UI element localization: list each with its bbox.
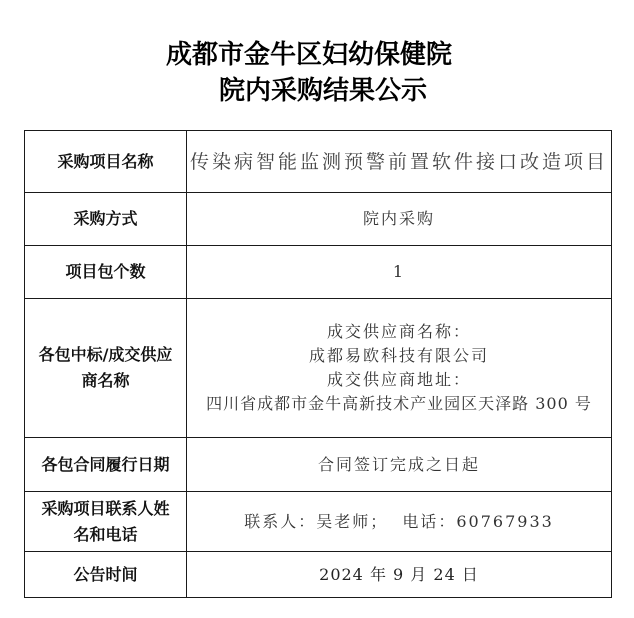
table-row-contract-date: 各包合同履行日期 合同签订完成之日起 [25,438,612,492]
label-contract-date: 各包合同履行日期 [25,438,187,492]
table-row-procurement-method: 采购方式 院内采购 [25,193,612,246]
label-contact-line1: 采购项目联系人姓 [25,496,186,522]
table-row-contact: 采购项目联系人姓 名和电话 联系人：吴老师； 电话：60767933 [25,492,612,552]
label-procurement-method: 采购方式 [25,193,187,246]
value-contact: 联系人：吴老师； 电话：60767933 [187,492,612,552]
table-row-supplier: 各包中标/成交供应 商名称 成交供应商名称： 成都易欧科技有限公司 成交供应商地… [25,299,612,438]
label-supplier-line1: 各包中标/成交供应 [25,342,186,368]
value-announcement-date: 2024 年 9 月 24 日 [187,552,612,598]
procurement-result-table: 采购项目名称 传染病智能监测预警前置软件接口改造项目 采购方式 院内采购 项目包… [24,130,612,598]
label-contact: 采购项目联系人姓 名和电话 [25,492,187,552]
supplier-name: 成都易欧科技有限公司 [187,344,611,368]
supplier-address: 四川省成都市金牛高新技术产业园区天泽路 300 号 [187,392,611,416]
label-supplier-line2: 商名称 [25,368,186,394]
document-title-line1: 成都市金牛区妇幼保健院 [0,38,626,72]
value-supplier: 成交供应商名称： 成都易欧科技有限公司 成交供应商地址： 四川省成都市金牛高新技… [187,299,612,438]
label-announcement-date: 公告时间 [25,552,187,598]
table-row-package-count: 项目包个数 1 [25,246,612,299]
label-project-name: 采购项目名称 [25,131,187,193]
value-contract-date: 合同签订完成之日起 [187,438,612,492]
value-package-count: 1 [187,246,612,299]
supplier-address-label: 成交供应商地址： [187,368,611,392]
label-supplier: 各包中标/成交供应 商名称 [25,299,187,438]
supplier-name-label: 成交供应商名称： [187,320,611,344]
label-contact-line2: 名和电话 [25,522,186,548]
value-project-name: 传染病智能监测预警前置软件接口改造项目 [187,131,612,193]
table-row-project-name: 采购项目名称 传染病智能监测预警前置软件接口改造项目 [25,131,612,193]
table-row-announcement-date: 公告时间 2024 年 9 月 24 日 [25,552,612,598]
document-title-line2: 院内采购结果公示 [6,74,634,108]
value-procurement-method: 院内采购 [187,193,612,246]
label-package-count: 项目包个数 [25,246,187,299]
